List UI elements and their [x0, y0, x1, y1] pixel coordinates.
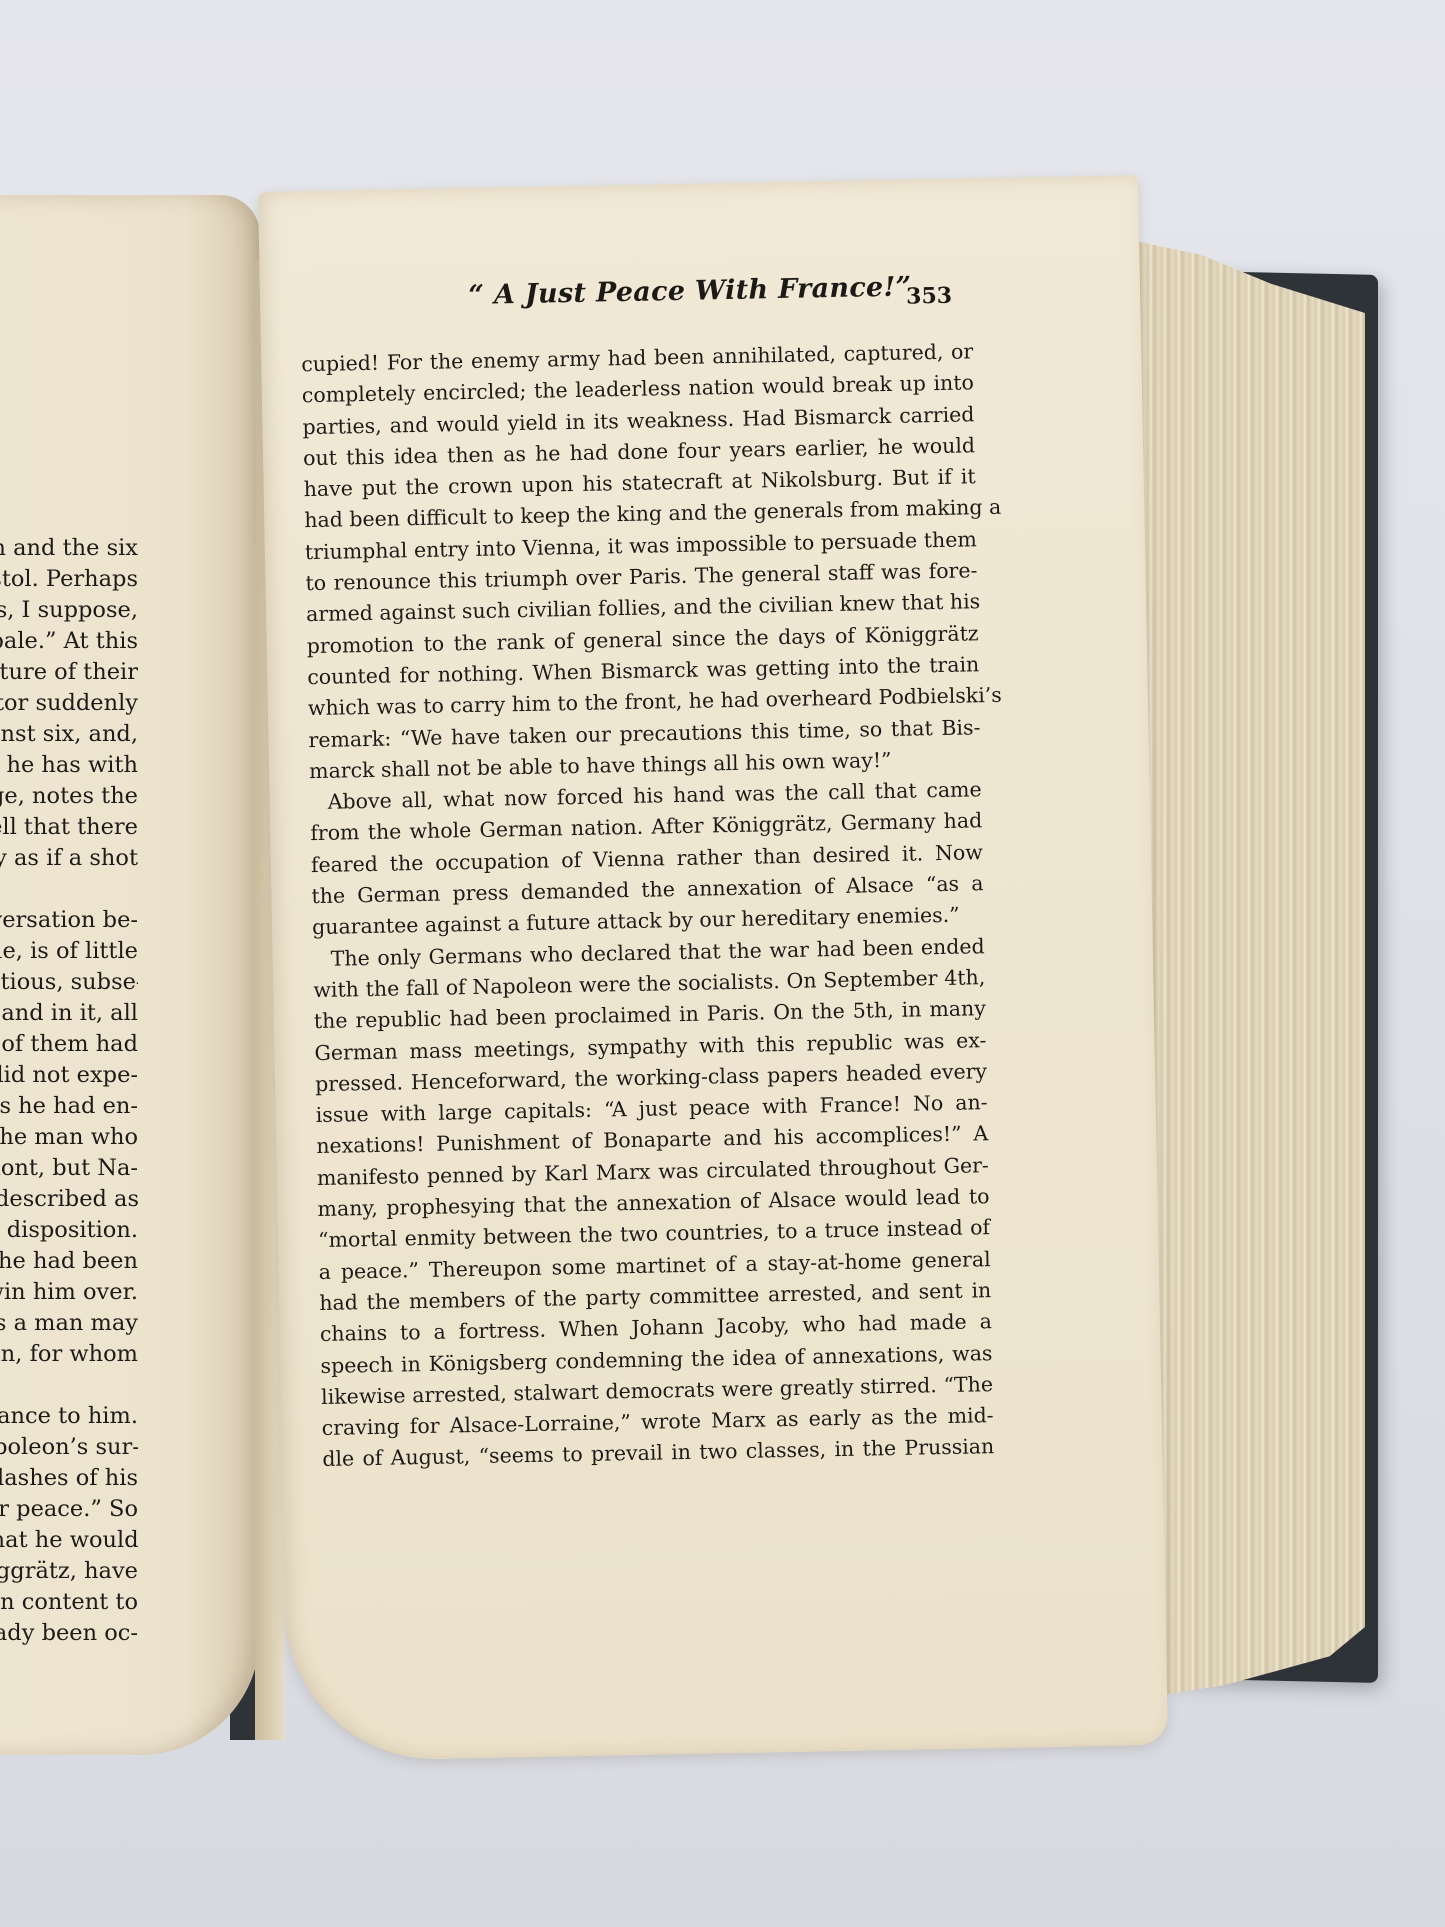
left-page-line: Napoleon’s sur- [0, 1432, 138, 1463]
left-page-line: mont, but Na- [0, 1153, 138, 1184]
page-number: 353 [906, 283, 952, 310]
left-page-line: cautious, subse- [0, 967, 138, 998]
left-page-line: win him over. [0, 1277, 138, 1308]
left-page-line: nature of their [0, 657, 138, 688]
left-page-line: iage, notes the [0, 781, 138, 812]
left-page-line: dly disposition. [0, 1215, 138, 1246]
left-page-line: man, for whom [0, 1339, 138, 1370]
left-page-line: im and the six [0, 533, 138, 564]
left-page-line: pistol. Perhaps [0, 564, 138, 595]
left-page-line [0, 874, 138, 905]
left-page-line: ready been oc- [0, 1618, 138, 1649]
left-page-line: niggrätz, have [0, 1556, 138, 1587]
left-page-line: side, is of little [0, 936, 138, 967]
left-page-line: as he had en- [0, 1091, 138, 1122]
left-page-line: victor suddenly [0, 688, 138, 719]
left-page-line: this, I suppose, [0, 595, 138, 626]
left-page-line: gainst six, and, [0, 719, 138, 750]
left-page-text: im and the sixpistol. Perhapsthis, I sup… [0, 533, 138, 1649]
left-page-line: did not expe- [0, 1060, 138, 1091]
page-fore-edge [1130, 240, 1365, 1700]
right-page: “ A Just Peace With France!” 353 cupied!… [258, 175, 1168, 1762]
right-page-body-text: cupied! For the enemy army had been anni… [301, 336, 995, 1475]
left-page-line: flashes of his [0, 1463, 138, 1494]
left-page: im and the sixpistol. Perhapsthis, I sup… [0, 195, 260, 1755]
left-page-line: as a man may [0, 1308, 138, 1339]
left-page-line: ely as if a shot [0, 843, 138, 874]
left-page-line: well that there [0, 812, 138, 843]
left-page-line [0, 1370, 138, 1401]
left-page-line: onversation be- [0, 905, 138, 936]
left-page-line: n that he would [0, 1525, 138, 1556]
left-page-line: for peace.” So [0, 1494, 138, 1525]
left-page-line: ”, and in it, all [0, 998, 138, 1029]
left-page-line: pale.” At this [0, 626, 138, 657]
left-page-line: ad described as [0, 1184, 138, 1215]
left-page-line: r of them had [0, 1029, 138, 1060]
left-page-line: isance to him. [0, 1401, 138, 1432]
left-page-line: s he had been [0, 1246, 138, 1277]
left-page-line: een content to [0, 1587, 138, 1618]
photo-scene: im and the sixpistol. Perhapsthis, I sup… [0, 0, 1445, 1927]
left-page-line: the man who [0, 1122, 138, 1153]
running-head: “ A Just Peace With France!” [410, 270, 970, 312]
left-page-line: ch he has with [0, 750, 138, 781]
